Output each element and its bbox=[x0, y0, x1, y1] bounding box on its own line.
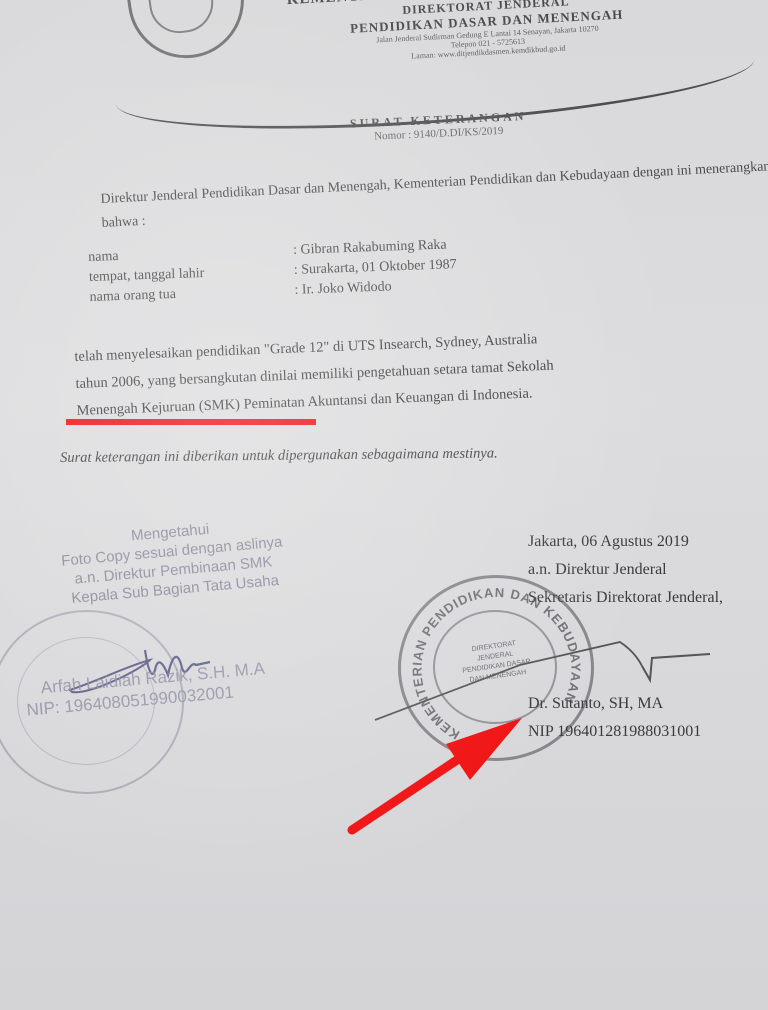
document-photo: KEMENTERIAN PENDIDIKAN DAN KEBUDAYAAN DI… bbox=[0, 0, 768, 1010]
red-arrow-icon bbox=[352, 718, 522, 830]
annotation-layer bbox=[0, 0, 768, 1010]
